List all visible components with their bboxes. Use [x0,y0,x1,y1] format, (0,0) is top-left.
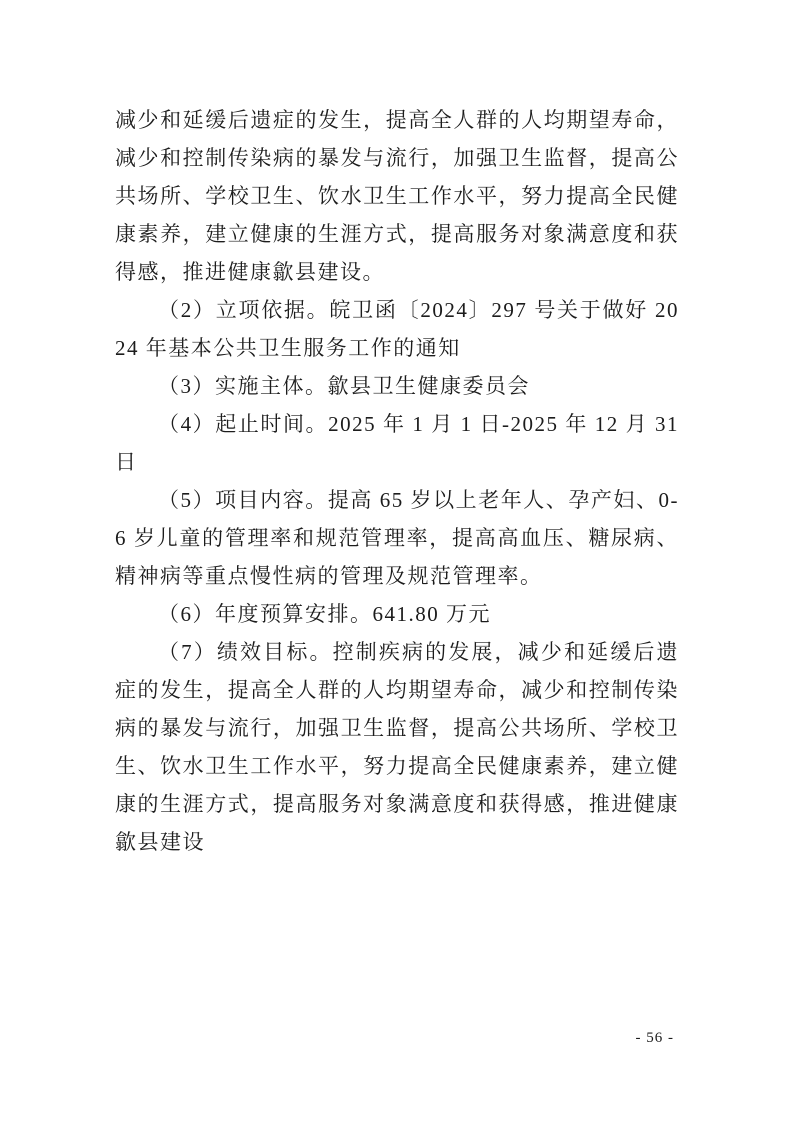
paragraph-item-4-period: （4）起止时间。2025 年 1 月 1 日-2025 年 12 月 31 日 [115,405,679,481]
paragraph-item-5-content: （5）项目内容。提高 65 岁以上老年人、孕产妇、0-6 岁儿童的管理率和规范管… [115,481,679,595]
document-body: 减少和延缓后遗症的发生，提高全人群的人均期望寿命，减少和控制传染病的暴发与流行，… [115,101,679,861]
paragraph-item-3-implementer: （3）实施主体。歙县卫生健康委员会 [115,367,679,405]
paragraph-item-7-goals: （7）绩效目标。控制疾病的发展，减少和延缓后遗症的发生，提高全人群的人均期望寿命… [115,633,679,861]
document-page: 减少和延缓后遗症的发生，提高全人群的人均期望寿命，减少和控制传染病的暴发与流行，… [0,0,793,1122]
paragraph-continuation: 减少和延缓后遗症的发生，提高全人群的人均期望寿命，减少和控制传染病的暴发与流行，… [115,101,679,291]
page-number: - 56 - [636,1028,675,1048]
paragraph-item-2-basis: （2）立项依据。皖卫函〔2024〕297 号关于做好 2024 年基本公共卫生服… [115,291,679,367]
paragraph-item-6-budget: （6）年度预算安排。641.80 万元 [115,595,679,633]
